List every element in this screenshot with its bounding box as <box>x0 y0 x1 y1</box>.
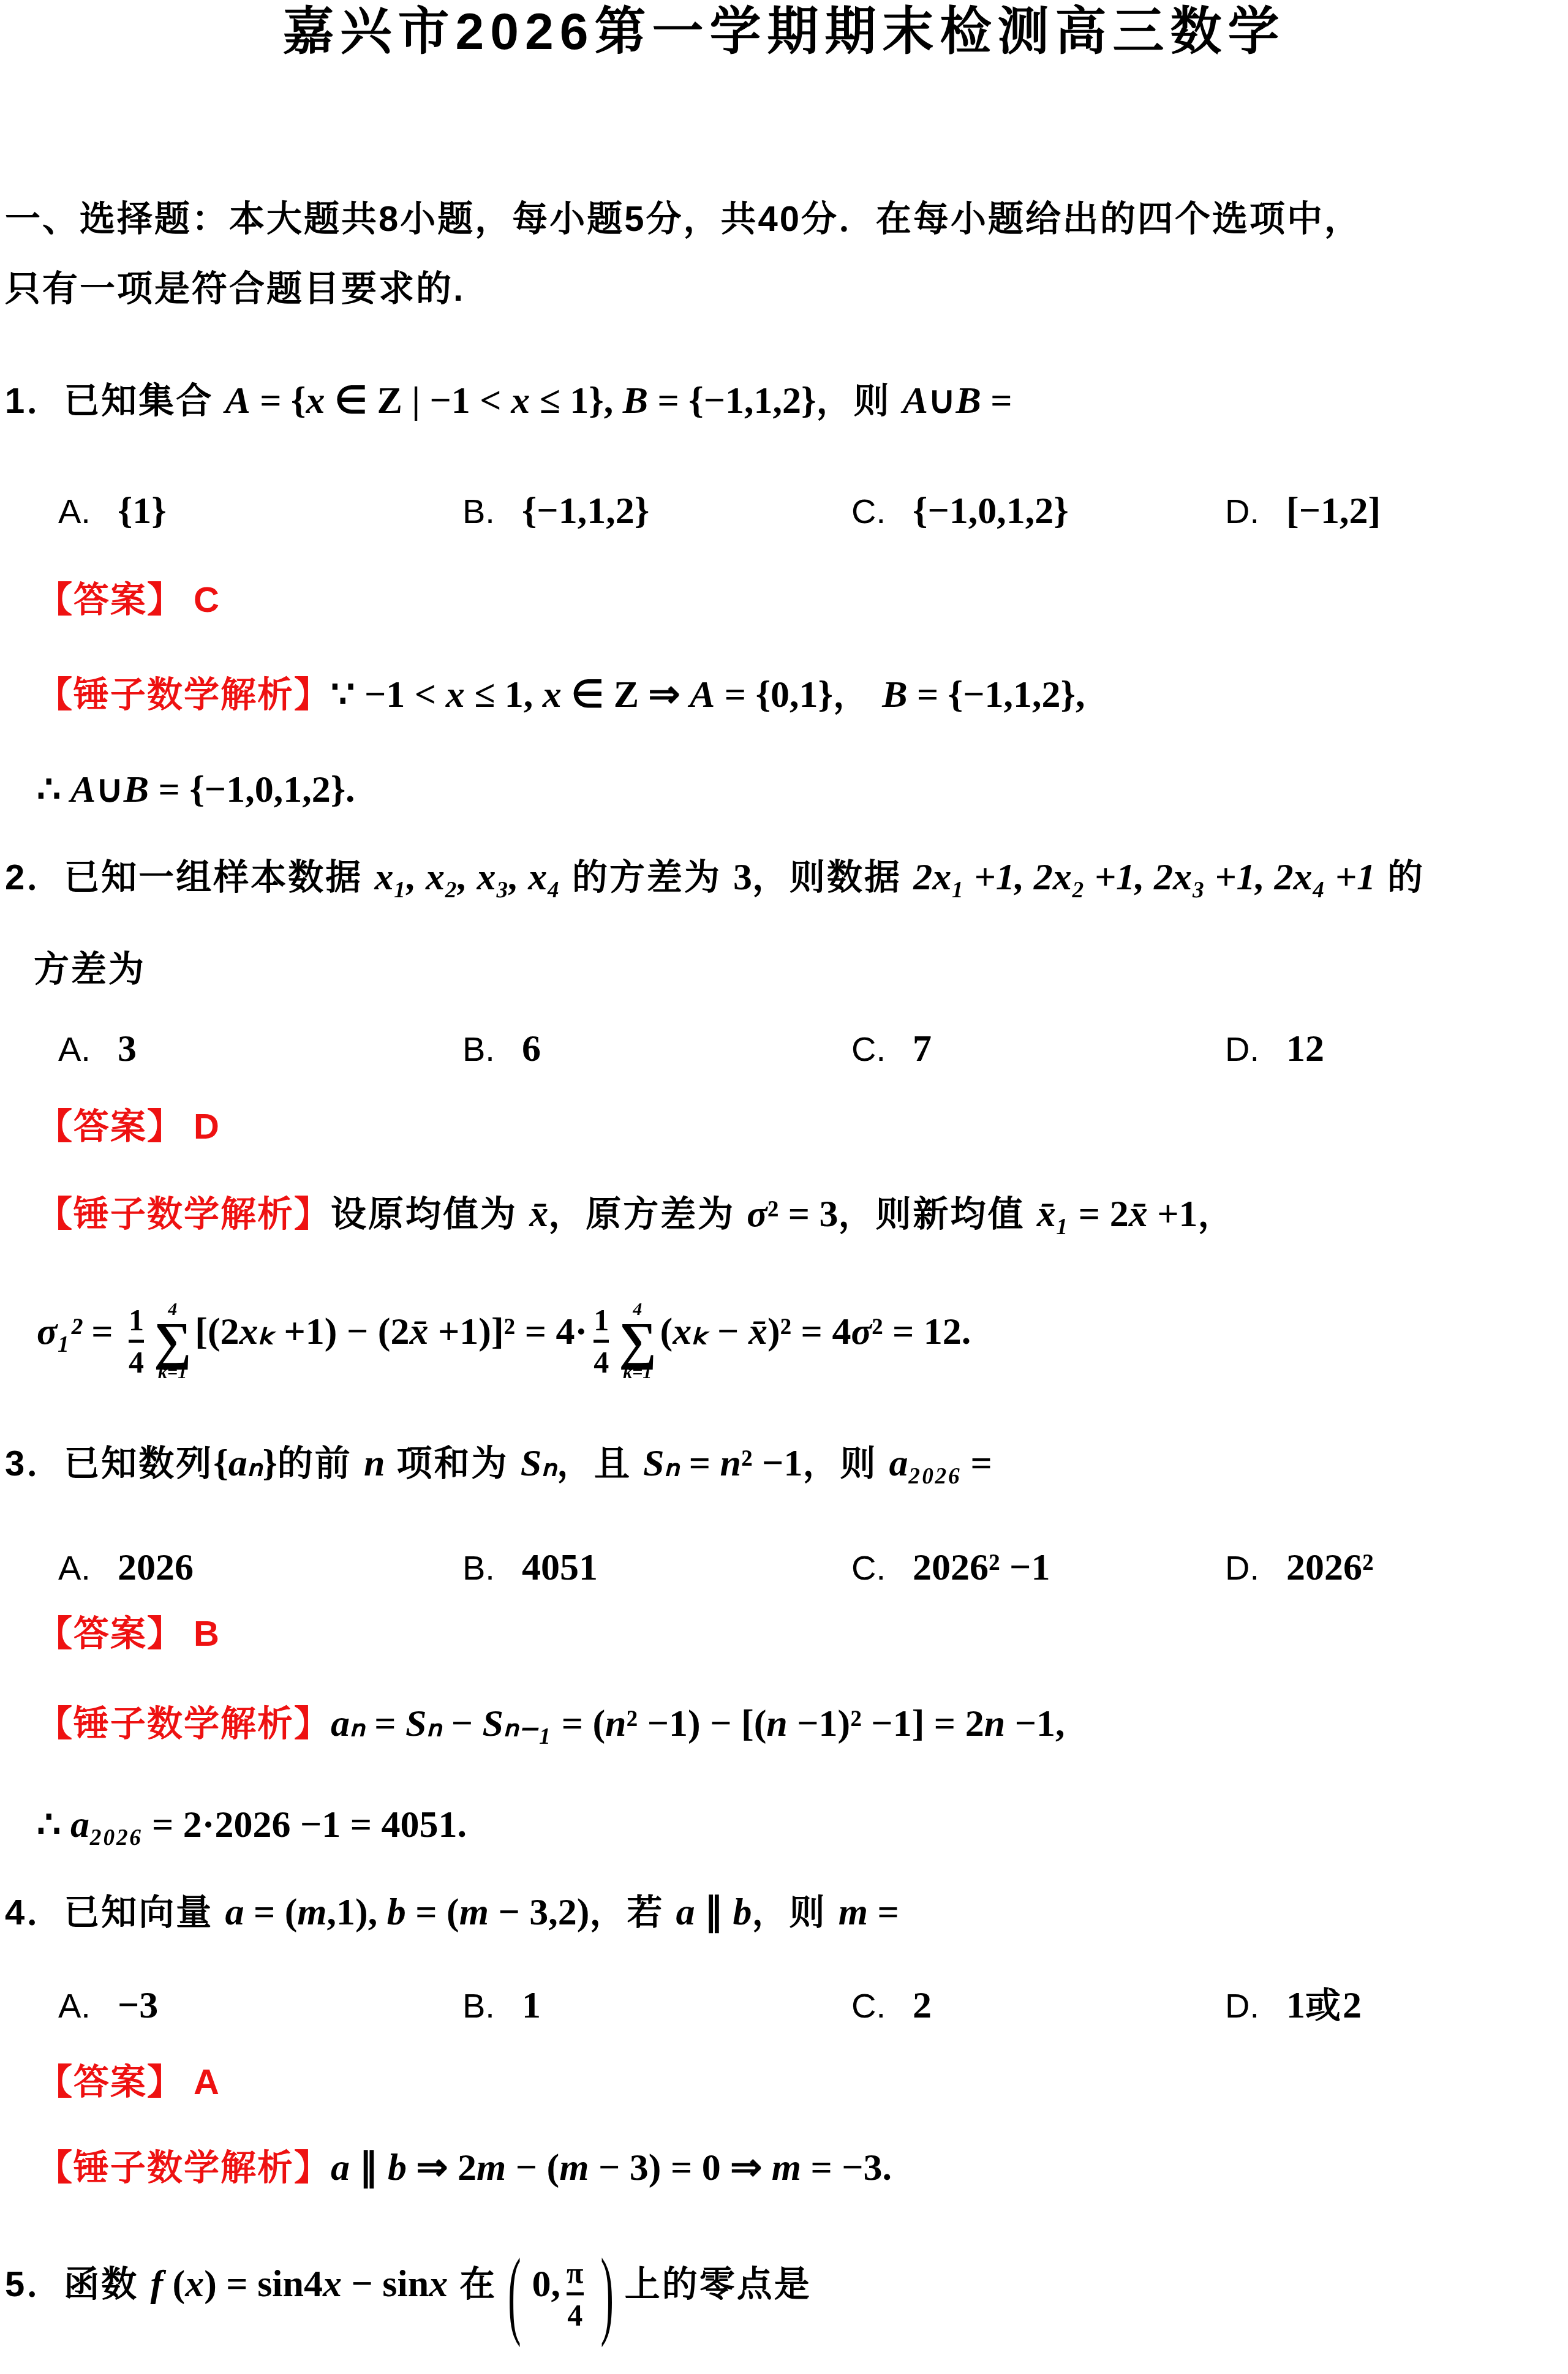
option-letter: D. <box>1225 1548 1259 1587</box>
question-2-analysis-1: 【锤子数学解析】设原均值为 x̄，原方差为 σ² = 3，则新均值 x̄₁ = … <box>37 1193 1235 1236</box>
fraction: 14 <box>594 1305 609 1378</box>
math-run: ,1), <box>327 1891 387 1933</box>
math-variable: A <box>70 769 96 810</box>
summation: 4∑k=1 <box>619 1300 656 1382</box>
math-run: 2026 <box>118 1547 194 1588</box>
math-variable: f <box>150 2263 163 2305</box>
math-variable: σ <box>851 1311 871 1352</box>
question-5-stem: 5．函数 f (x) = sin4x − sinx 在(0,π4)上的零点是 <box>5 2258 812 2331</box>
analysis-label: 【锤子数学解析】 <box>37 675 331 715</box>
text-run: 方差为 <box>34 949 146 989</box>
question-2-stem-1: 2．已知一组样本数据 x₁, x₂, x₃, x₄ 的方差为 3，则数据 2x₁… <box>5 856 1425 899</box>
text-run: 的 <box>1376 857 1425 897</box>
question-2-answer: 【答案】D <box>37 1107 219 1148</box>
text-run: 一、选择题：本大题共8小题，每小题5分，共40分．在每小题给出的四个选项中， <box>5 199 1362 239</box>
math-variable: a <box>676 1891 695 1933</box>
math-run: ( <box>163 2263 185 2305</box>
option-letter: C. <box>851 1548 886 1587</box>
math-run: +1)]² = 4· <box>428 1311 587 1352</box>
math-run: ≤ 1}, <box>530 380 622 421</box>
math-run: − sin <box>342 2263 429 2305</box>
fraction-numerator: 1 <box>594 1305 609 1336</box>
answer-value: D <box>194 1107 219 1147</box>
math-run: 7 <box>913 1028 932 1069</box>
question-2-option-a: A.3 <box>58 1027 137 1071</box>
question-3-option-a: A.2026 <box>58 1546 194 1589</box>
answer-value: B <box>194 1614 219 1654</box>
math-run: ∴ <box>37 1804 70 1845</box>
option-letter: D. <box>1225 1030 1259 1068</box>
section-header-line-1: 一、选择题：本大题共8小题，每小题5分，共40分．在每小题给出的四个选项中， <box>5 199 1362 240</box>
big-paren: ) <box>601 2237 614 2350</box>
question-3-analysis-2: ∴ a₂₀₂₆ = 2·2026 −1 = 4051. <box>37 1803 467 1847</box>
math-variable: Sₙ <box>405 1703 442 1744</box>
text-run: ，且 <box>557 1444 643 1483</box>
fraction-denominator: 4 <box>594 1347 609 1378</box>
math-run: = {−1,1,2} <box>648 380 816 421</box>
math-variable: m <box>459 1891 489 1933</box>
math-run: −3 <box>118 1984 158 2026</box>
math-run: 4051 <box>522 1547 598 1588</box>
math-variable: x <box>306 380 325 421</box>
math-run: = {−1,0,1,2}. <box>149 769 355 810</box>
math-run: ² = 3 <box>767 1193 839 1235</box>
math-run: = {0,1} <box>715 674 833 715</box>
question-4-option-a: A.−3 <box>58 1984 158 2027</box>
math-variable: A <box>225 380 250 421</box>
math-run: [−1,2] <box>1286 490 1381 532</box>
text-run: ，原方差为 <box>548 1194 747 1234</box>
math-variable: x̄ <box>748 1311 767 1352</box>
math-variable: m <box>297 1891 326 1933</box>
math-run: = 2 <box>1069 1193 1128 1235</box>
question-1-options: A.{1}B.{−1,1,2}C.{−1,0,1,2}D.[−1,2] <box>0 484 1568 539</box>
math-run: 2 <box>913 1984 932 2026</box>
math-run: = { <box>251 380 306 421</box>
question-2-option-b: B.6 <box>462 1027 541 1071</box>
question-1-analysis-1: 【锤子数学解析】∵ −1 < x ≤ 1, x ∈ Z ⇒ A = {0,1}，… <box>37 673 1085 717</box>
fraction-numerator: π <box>567 2258 583 2288</box>
math-variable: σ₁² <box>37 1311 82 1352</box>
question-4-options: A.−3B.1C.2D.1或2 <box>0 1978 1568 2033</box>
question-3-stem: 3．已知数列{aₙ}的前 n 项和为 Sₙ，且 Sₙ = n² −1，则 a₂₀… <box>5 1442 992 1485</box>
option-letter: C. <box>851 492 886 530</box>
math-run: ∪ <box>96 769 123 810</box>
math-run: } <box>262 1442 277 1484</box>
math-run: ∵ −1 < <box>331 674 446 715</box>
math-run: = ( <box>406 1891 459 1933</box>
question-4-analysis-1: 【锤子数学解析】a ∥ b ⇒ 2m − (m − 3) = 0 ⇒ m = −… <box>37 2146 892 2190</box>
math-run: 2 <box>1343 1984 1362 2026</box>
answer-label: 【答案】 <box>37 1614 184 1654</box>
big-paren: ( <box>508 2237 521 2350</box>
option-letter: A. <box>58 492 91 530</box>
math-variable: B <box>124 769 149 810</box>
math-run: − <box>442 1703 482 1744</box>
math-run: = −3. <box>801 2147 892 2188</box>
math-variable: b <box>733 1891 752 1933</box>
text-run: ，则数据 <box>752 857 913 897</box>
option-letter: B. <box>462 1986 495 2025</box>
math-run: [(2 <box>195 1311 239 1352</box>
question-3-analysis-1: 【锤子数学解析】aₙ = Sₙ − Sₙ₋₁ = (n² −1) − [(n −… <box>37 1702 1065 1746</box>
fraction-denominator: 4 <box>129 1347 144 1378</box>
question-1-stem: 1．已知集合 A = {x ∈ Z | −1 < x ≤ 1}, B = {−1… <box>5 379 1012 423</box>
fraction: π4 <box>567 2258 583 2331</box>
math-variable: m <box>839 1891 868 1933</box>
math-variable: B <box>623 380 648 421</box>
math-run: − ( <box>506 2147 559 2188</box>
question-3-option-d: D.2026² <box>1225 1546 1374 1589</box>
analysis-label: 【锤子数学解析】 <box>37 1194 331 1234</box>
text-run: 或 <box>1305 1986 1343 2025</box>
question-1-option-a: A.{1} <box>58 489 167 533</box>
math-run: { <box>213 1442 228 1484</box>
math-run: {−1,1,2} <box>522 490 649 532</box>
text-run: 的方差为 <box>560 857 733 897</box>
option-letter: A. <box>58 1986 91 2025</box>
math-run: −1, <box>1005 1703 1065 1744</box>
sum-lower-limit: k=1 <box>158 1364 187 1382</box>
text-run: 4．已知向量 <box>5 1893 225 1932</box>
question-2-options: A.3B.6C.7D.12 <box>0 1022 1568 1077</box>
fraction-denominator: 4 <box>567 2300 582 2331</box>
answer-value: C <box>194 580 219 620</box>
math-run: ⇒ 2 <box>407 2147 477 2188</box>
math-variable: Sₙ <box>521 1442 557 1484</box>
math-run: 2026² <box>1286 1547 1374 1588</box>
text-run: 2．已知一组样本数据 <box>5 857 374 897</box>
math-run: ∴ <box>37 769 70 810</box>
option-letter: D. <box>1225 1986 1259 2025</box>
text-run: 项和为 <box>385 1444 520 1483</box>
math-variable: m <box>559 2147 589 2188</box>
text-run: ，则 <box>816 381 903 421</box>
math-run: 2026² −1 <box>913 1547 1050 1588</box>
question-1-option-c: C.{−1,0,1,2} <box>851 489 1069 533</box>
question-3-options: A.2026B.4051C.2026² −1D.2026² <box>0 1540 1568 1596</box>
math-variable: aₙ <box>331 1703 365 1744</box>
math-run: = <box>868 1891 899 1933</box>
math-variable: b <box>388 2147 407 2188</box>
math-run: − 3,2) <box>489 1891 589 1933</box>
math-variable: aₙ <box>228 1442 263 1484</box>
text-run: ， <box>833 675 882 715</box>
math-run: ∈ Z ⇒ <box>562 674 690 715</box>
math-run: 1 <box>522 1984 541 2026</box>
math-run: ∥ <box>350 2147 388 2188</box>
math-variable: a₂₀₂₆ <box>889 1442 961 1484</box>
option-letter: D. <box>1225 492 1259 530</box>
math-variable: Sₙ₋₁ <box>483 1703 552 1744</box>
math-run: 1 <box>1286 1984 1305 2026</box>
math-variable: x̄ <box>1129 1193 1148 1235</box>
question-3-answer: 【答案】B <box>37 1614 219 1655</box>
question-1-analysis-2: ∴ A∪B = {−1,0,1,2}. <box>37 768 355 812</box>
math-run: 3 <box>118 1028 137 1069</box>
math-variable: x̄ <box>529 1193 548 1235</box>
text-run: 上的零点是 <box>625 2264 812 2304</box>
question-1-option-b: B.{−1,1,2} <box>462 489 649 533</box>
math-run: = 2·2026 −1 = 4051. <box>142 1804 467 1845</box>
text-run: ，则新均值 <box>839 1194 1037 1234</box>
page-title: 嘉兴市2026第一学期期末检测高三数学 <box>0 0 1568 64</box>
math-run: = <box>365 1703 405 1744</box>
question-4-answer: 【答案】A <box>37 2062 219 2103</box>
math-run: 12 <box>1286 1028 1324 1069</box>
option-letter: B. <box>462 492 495 530</box>
text-run: 在 <box>448 2264 497 2304</box>
option-letter: C. <box>851 1030 886 1068</box>
math-variable: x <box>511 380 530 421</box>
math-variable: a₂₀₂₆ <box>70 1804 142 1845</box>
question-1-option-d: D.[−1,2] <box>1225 489 1381 533</box>
math-variable: B <box>956 380 981 421</box>
math-variable: B <box>882 674 907 715</box>
math-run: −1)² −1] = 2 <box>788 1703 984 1744</box>
math-variable: x̄ <box>409 1311 428 1352</box>
math-variable: x <box>446 674 465 715</box>
math-variable: n <box>605 1703 626 1744</box>
math-run: = {−1,1,2}, <box>908 674 1085 715</box>
text-run: ，若 <box>589 1893 676 1932</box>
sum-lower-limit: k=1 <box>623 1364 652 1382</box>
math-run: ≤ 1, <box>465 674 543 715</box>
math-run: ∪ <box>928 380 956 421</box>
analysis-label: 【锤子数学解析】 <box>37 2148 331 2188</box>
fraction-bar <box>129 1340 144 1343</box>
math-variable: n <box>984 1703 1005 1744</box>
question-4-stem: 4．已知向量 a = (m,1), b = (m − 3,2)，若 a ∥ b，… <box>5 1891 899 1934</box>
text-run: 1．已知集合 <box>5 381 225 421</box>
question-3-option-c: C.2026² −1 <box>851 1546 1050 1589</box>
answer-label: 【答案】 <box>37 2062 184 2102</box>
answer-label: 【答案】 <box>37 1107 184 1147</box>
math-variable: σ <box>747 1193 767 1235</box>
math-run: = ( <box>552 1703 605 1744</box>
option-letter: B. <box>462 1030 495 1068</box>
question-3-option-b: B.4051 <box>462 1546 598 1589</box>
math-run: = <box>961 1442 992 1484</box>
math-variable: Sₙ <box>643 1442 679 1484</box>
text-run: ，则 <box>752 1893 839 1932</box>
question-2-option-d: D.12 <box>1225 1027 1324 1071</box>
fraction-numerator: 1 <box>129 1305 144 1336</box>
question-4-option-b: B.1 <box>462 1984 541 2027</box>
math-run: = <box>981 380 1012 421</box>
math-variable: A <box>903 380 928 421</box>
math-variable: x <box>323 2263 342 2305</box>
fraction-bar <box>594 1340 609 1343</box>
math-variable: x <box>185 2263 204 2305</box>
math-run: = ( <box>244 1891 297 1933</box>
math-run: +1) − (2 <box>274 1311 409 1352</box>
fraction: 14 <box>129 1305 144 1378</box>
analysis-label: 【锤子数学解析】 <box>37 1704 331 1744</box>
question-4-option-d: D.1或2 <box>1225 1984 1362 2027</box>
math-variable: x̄₁ <box>1037 1193 1069 1235</box>
math-run: 3 <box>733 856 752 898</box>
text-run: ， <box>1198 1194 1235 1234</box>
text-run: 5．函数 <box>5 2264 150 2304</box>
answer-label: 【答案】 <box>37 580 184 620</box>
text-run: 的前 <box>277 1444 364 1483</box>
math-variable: A <box>690 674 715 715</box>
math-variable: xₖ <box>239 1311 274 1352</box>
text-run: 设原均值为 <box>331 1194 529 1234</box>
question-2-stem-2: 方差为 <box>34 949 146 990</box>
text-run: 3．已知数列 <box>5 1444 213 1483</box>
math-variable: a <box>225 1891 244 1933</box>
text-run: 只有一项是符合题目要求的. <box>5 269 465 309</box>
question-4-option-c: C.2 <box>851 1984 932 2027</box>
math-variable: x <box>543 674 562 715</box>
math-run: {1} <box>118 490 167 532</box>
question-2-option-c: C.7 <box>851 1027 932 1071</box>
math-variable: x₁, x₂, x₃, x₄ <box>374 856 560 898</box>
math-run: = <box>679 1442 720 1484</box>
question-2-analysis-2: σ₁² = 144∑k=1[(2xₖ +1) − (2x̄ +1)]² = 4·… <box>37 1300 971 1382</box>
sigma-symbol: ∑ <box>154 1319 191 1363</box>
math-run: ² = 12. <box>872 1311 971 1352</box>
math-variable: a <box>331 2147 350 2188</box>
math-run: ² −1 <box>741 1442 802 1484</box>
text-run: ，则 <box>802 1444 889 1483</box>
math-run: 0, <box>532 2263 561 2305</box>
option-letter: B. <box>462 1548 495 1587</box>
math-run: ( <box>660 1311 673 1352</box>
exam-page: 嘉兴市2026第一学期期末检测高三数学 一、选择题：本大题共8小题，每小题5分，… <box>0 0 1568 2374</box>
math-variable: m <box>477 2147 506 2188</box>
option-letter: A. <box>58 1030 91 1068</box>
math-variable: 2x₁ +1, 2x₂ +1, 2x₃ +1, 2x₄ +1 <box>913 856 1376 898</box>
math-run: +1 <box>1148 1193 1198 1235</box>
math-run: 6 <box>522 1028 541 1069</box>
math-run: ∥ <box>695 1891 733 1933</box>
answer-value: A <box>194 2062 219 2102</box>
math-run: − 3) = 0 ⇒ <box>589 2147 771 2188</box>
option-letter: C. <box>851 1986 886 2025</box>
question-1-answer: 【答案】C <box>37 580 219 621</box>
math-variable: m <box>772 2147 801 2188</box>
section-header-line-2: 只有一项是符合题目要求的. <box>5 269 465 310</box>
math-variable: xₖ <box>673 1311 707 1352</box>
sigma-symbol: ∑ <box>619 1319 656 1363</box>
math-run: )² = 4 <box>767 1311 851 1352</box>
math-variable: n <box>364 1442 385 1484</box>
math-variable: x <box>429 2263 448 2305</box>
math-run: = <box>82 1311 123 1352</box>
math-run: ² −1) − [( <box>627 1703 767 1744</box>
fraction-bar <box>567 2293 583 2296</box>
math-run: ) = sin4 <box>204 2263 323 2305</box>
summation: 4∑k=1 <box>154 1300 191 1382</box>
math-run: {−1,0,1,2} <box>913 490 1069 532</box>
math-run: ∈ Z | −1 < <box>325 380 511 421</box>
math-run: − <box>708 1311 748 1352</box>
option-letter: A. <box>58 1548 91 1587</box>
math-variable: b <box>387 1891 406 1933</box>
math-variable: n <box>720 1442 741 1484</box>
math-variable: n <box>766 1703 787 1744</box>
